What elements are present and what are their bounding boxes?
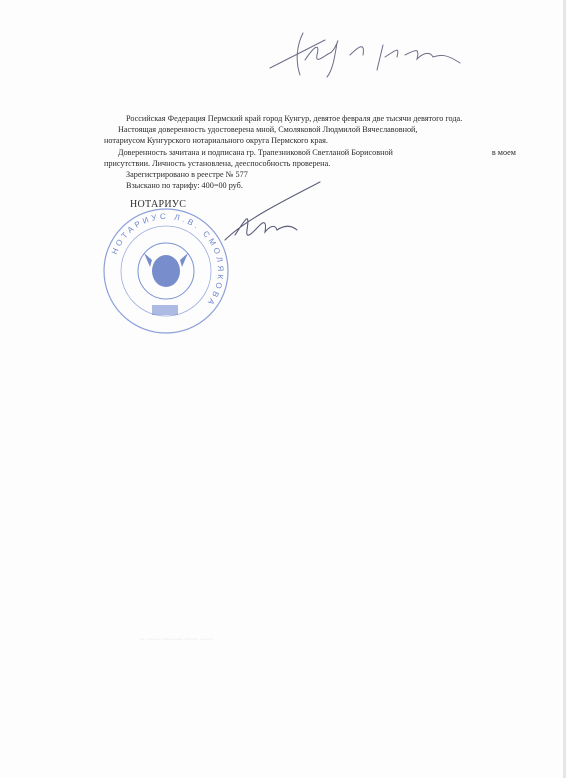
registry-line: Зарегистрировано в реестре № 577 [104, 169, 516, 180]
identity-line: присутствии. Личность установлена, деесп… [104, 158, 516, 169]
handwritten-signature-top [265, 15, 475, 80]
notary-signature [205, 180, 325, 260]
certified-by-line: Настоящая доверенность удостоверена мной… [104, 124, 516, 135]
notary-district-line: нотариусом Кунгурского нотариального окр… [104, 135, 516, 146]
faint-bleedthrough-text: ~ ~~~ ~~~~~ ~~~ ~~~ [140, 635, 213, 644]
document-page: Российская Федерация Пермский край город… [0, 0, 566, 778]
presence-line: в моем [492, 147, 516, 158]
coat-of-arms-eagle-icon [144, 253, 188, 287]
signed-by-line: Доверенность зачитана и подписана гр. Тр… [104, 147, 393, 158]
place-date-line: Российская Федерация Пермский край город… [104, 113, 516, 124]
